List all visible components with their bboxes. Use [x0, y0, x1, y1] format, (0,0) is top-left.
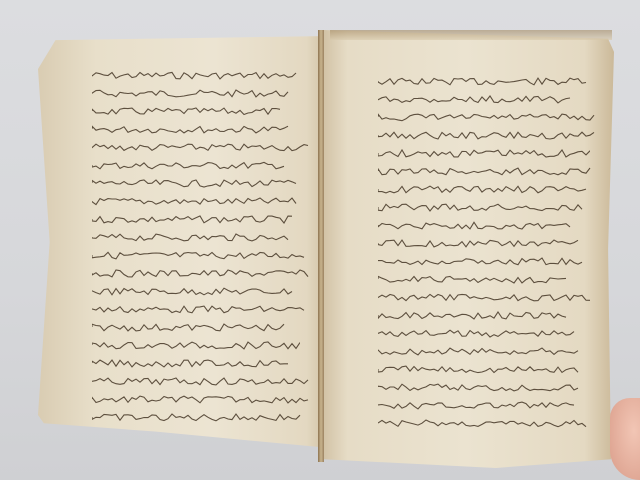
handwritten-line [378, 376, 598, 394]
handwritten-line [378, 196, 598, 214]
handwritten-line [378, 88, 598, 106]
handwritten-line [92, 370, 312, 388]
handwritten-line [378, 214, 598, 232]
handwritten-line [92, 262, 312, 280]
handwritten-line [92, 172, 312, 190]
handwritten-line [92, 280, 312, 298]
handwritten-line [378, 412, 598, 430]
handwritten-line [378, 142, 598, 160]
handwritten-line [92, 154, 312, 172]
handwritten-line [378, 340, 598, 358]
handwritten-line [92, 100, 312, 118]
handwritten-line [92, 64, 312, 82]
handwritten-line [92, 118, 312, 136]
handwritten-line [378, 70, 598, 88]
handwritten-line [378, 394, 598, 412]
handwritten-line [92, 298, 312, 316]
handwritten-line [92, 226, 312, 244]
handwritten-line [378, 286, 598, 304]
left-page-handwriting [92, 64, 312, 424]
handwritten-line [378, 268, 598, 286]
handwritten-line [378, 124, 598, 142]
page-edge-stain [330, 30, 612, 40]
handwritten-line [378, 322, 598, 340]
handwritten-line [378, 250, 598, 268]
handwritten-line [92, 334, 312, 352]
handwritten-line [92, 208, 312, 226]
handwritten-line [92, 190, 312, 208]
handwritten-line [378, 106, 598, 124]
handwritten-line [92, 316, 312, 334]
handwritten-line [92, 136, 312, 154]
handwritten-line [92, 388, 312, 406]
handwritten-line [378, 232, 598, 250]
handwritten-line [378, 304, 598, 322]
right-page-handwriting [378, 70, 598, 430]
handwritten-line [378, 178, 598, 196]
binding-spine [318, 30, 324, 462]
handwritten-line [92, 352, 312, 370]
handwritten-line [92, 82, 312, 100]
handwritten-line [378, 160, 598, 178]
handwritten-line [92, 406, 312, 424]
handwritten-line [92, 244, 312, 262]
handwritten-line [378, 358, 598, 376]
